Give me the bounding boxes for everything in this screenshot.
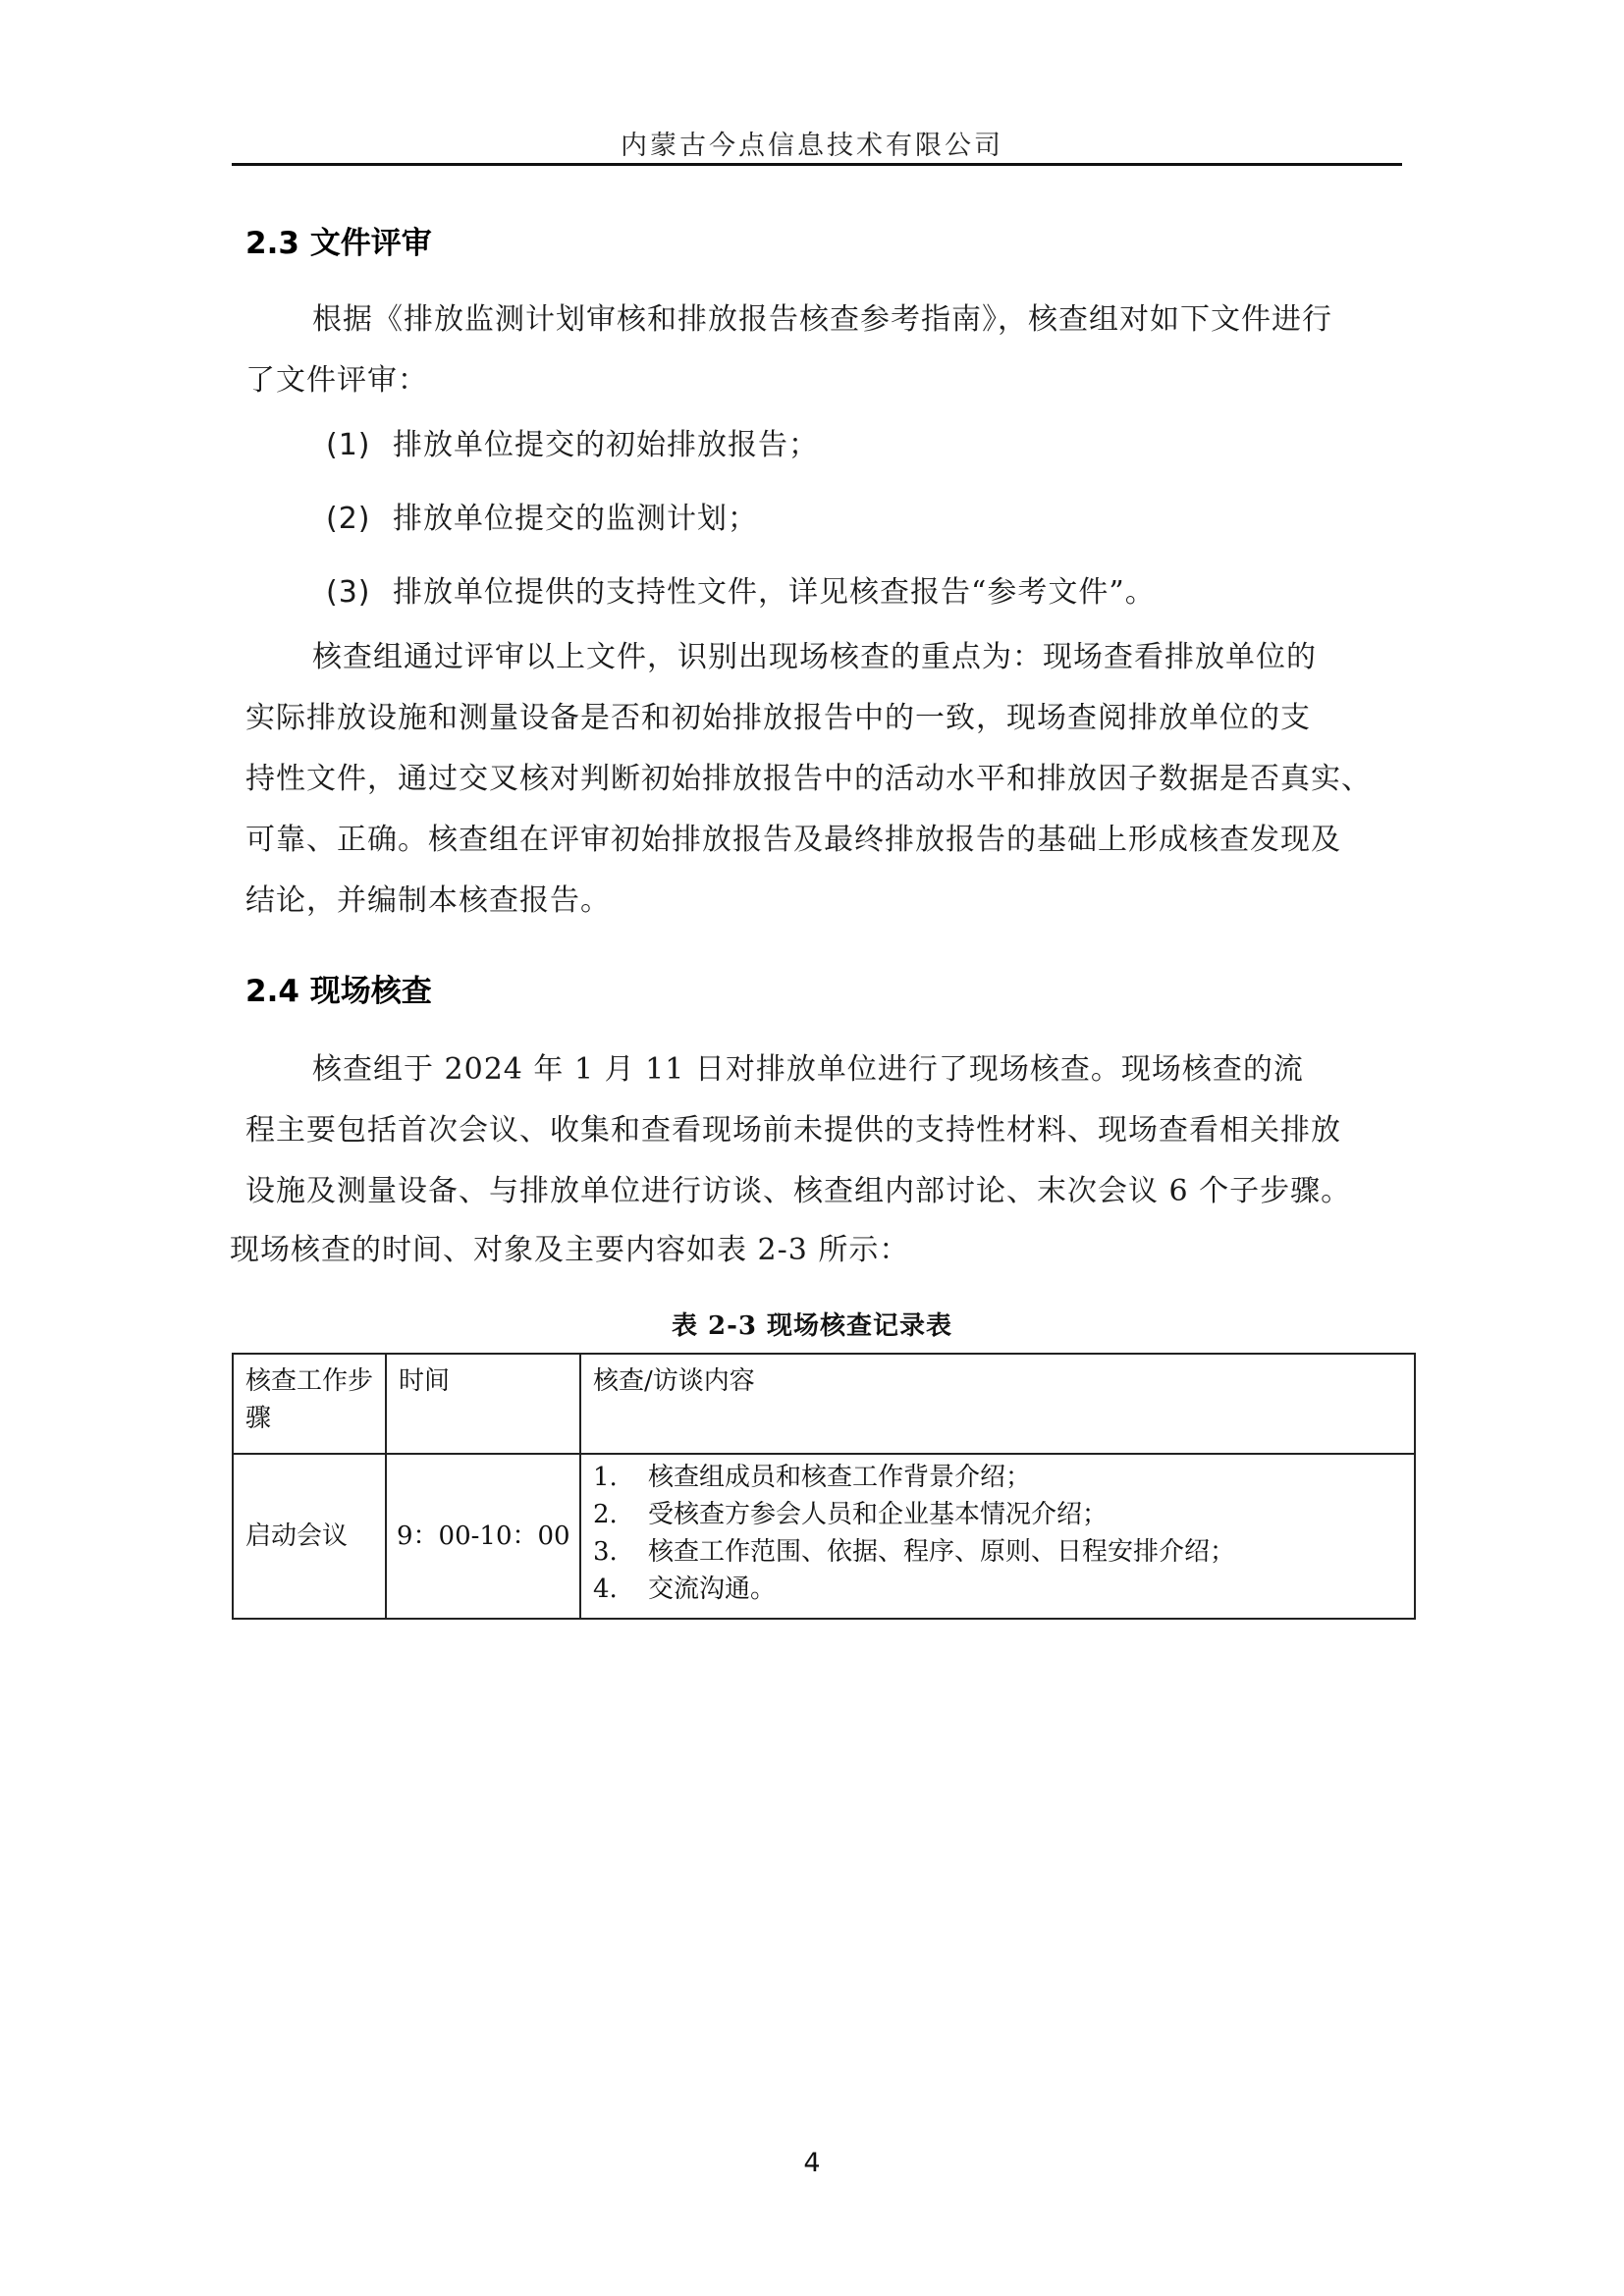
- cell-step: 启动会议: [233, 1454, 386, 1619]
- content-item: 1.核查组成员和核查工作背景介绍；: [593, 1459, 1402, 1496]
- item-number: 4.: [593, 1571, 648, 1608]
- paragraph-line: 根据《排放监测计划审核和排放报告核查参考指南》，核查组对如下文件进行: [312, 302, 1332, 338]
- content-item: 2.受核查方参会人员和企业基本情况介绍；: [593, 1496, 1402, 1533]
- table-row: 启动会议 9：00-10：00 1.核查组成员和核查工作背景介绍； 2.受核查方…: [233, 1454, 1415, 1619]
- list-number: (3): [326, 575, 371, 610]
- header-cell-content: 核查/访谈内容: [580, 1354, 1415, 1454]
- inspection-record-table: 核查工作步骤 时间 核查/访谈内容 启动会议 9：00-10：00 1.核查组成…: [232, 1353, 1416, 1620]
- list-text: 排放单位提供的支持性文件，详见核查报告“参考文件”。: [393, 575, 1156, 610]
- item-text: 受核查方参会人员和企业基本情况介绍；: [648, 1496, 1108, 1533]
- paragraph-line: 程主要包括首次会议、收集和查看现场前未提供的支持性材料、现场查看相关排放: [245, 1113, 1341, 1148]
- paragraph-line: 了文件评审：: [245, 363, 428, 399]
- paragraph-line: 核查组于 2024 年 1 月 11 日对排放单位进行了现场核查。现场核查的流: [312, 1052, 1304, 1088]
- item-text: 核查工作范围、依据、程序、原则、日程安排介绍；: [648, 1533, 1235, 1571]
- paragraph-line: 设施及测量设备、与排放单位进行访谈、核查组内部讨论、末次会议 6 个子步骤。: [245, 1174, 1351, 1209]
- list-text: 排放单位提交的初始排放报告；: [393, 428, 819, 462]
- content-item: 4.交流沟通。: [593, 1571, 1402, 1608]
- list-item: (1) 排放单位提交的初始排放报告；: [326, 428, 819, 463]
- item-text: 核查组成员和核查工作背景介绍；: [648, 1459, 1031, 1496]
- table-header-row: 核查工作步骤 时间 核查/访谈内容: [233, 1354, 1415, 1454]
- content-item: 3.核查工作范围、依据、程序、原则、日程安排介绍；: [593, 1533, 1402, 1571]
- page-number: 4: [0, 2148, 1624, 2178]
- item-number: 1.: [593, 1459, 648, 1496]
- list-number: (2): [326, 502, 371, 536]
- paragraph-line: 结论，并编制本核查报告。: [245, 883, 611, 919]
- list-item: (2) 排放单位提交的监测计划；: [326, 502, 758, 537]
- paragraph-line: 实际排放设施和测量设备是否和初始排放报告中的一致，现场查阅排放单位的支: [245, 701, 1311, 736]
- cell-time: 9：00-10：00: [386, 1454, 580, 1619]
- paragraph-line: 核查组通过评审以上文件，识别出现场核查的重点为：现场查看排放单位的: [312, 640, 1317, 675]
- page-header-company: 内蒙古今点信息技术有限公司: [0, 124, 1624, 162]
- section-heading-2-3: 2.3 文件评审: [245, 218, 432, 262]
- item-number: 3.: [593, 1533, 648, 1571]
- header-cell-time: 时间: [386, 1354, 580, 1454]
- section-heading-2-4: 2.4 现场核查: [245, 966, 432, 1010]
- header-rule: [232, 163, 1402, 166]
- paragraph-line: 持性文件，通过交叉核对判断初始排放报告中的活动水平和排放因子数据是否真实、: [245, 762, 1372, 797]
- list-text: 排放单位提交的监测计划；: [393, 502, 758, 536]
- header-cell-step: 核查工作步骤: [233, 1354, 386, 1454]
- item-text: 交流沟通。: [648, 1571, 776, 1608]
- cell-content: 1.核查组成员和核查工作背景介绍； 2.受核查方参会人员和企业基本情况介绍； 3…: [580, 1454, 1415, 1619]
- list-item: (3) 排放单位提供的支持性文件，详见核查报告“参考文件”。: [326, 575, 1156, 611]
- table-caption: 表 2-3 现场核查记录表: [0, 1306, 1624, 1342]
- item-number: 2.: [593, 1496, 648, 1533]
- paragraph-line: 可靠、正确。核查组在评审初始排放报告及最终排放报告的基础上形成核查发现及: [245, 823, 1341, 858]
- list-number: (1): [326, 428, 371, 462]
- paragraph-line: 现场核查的时间、对象及主要内容如表 2-3 所示：: [230, 1233, 909, 1268]
